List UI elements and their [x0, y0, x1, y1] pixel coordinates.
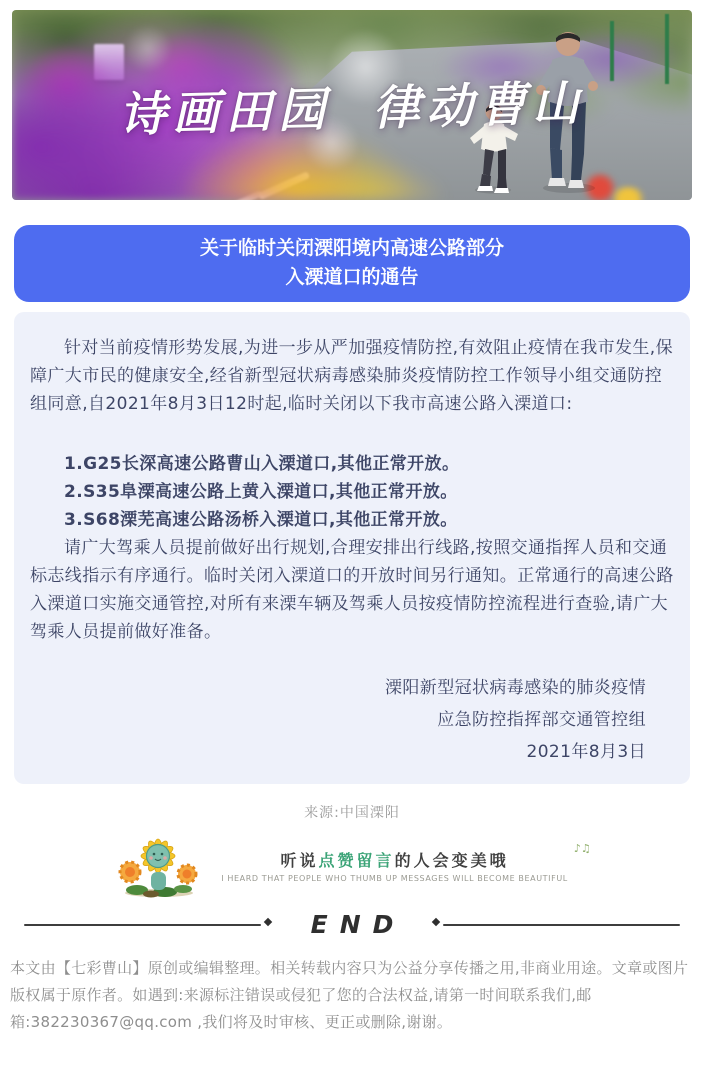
signature-line-1: 溧阳新型冠状病毒感染的肺炎疫情	[30, 672, 646, 704]
notice-paragraph-2: 请广大驾乘人员提前做好出行规划,合理安排出行线路,按照交通指挥人员和交通标志线指…	[30, 534, 674, 646]
closure-item-2: 2.S35阜溧高速公路上黄入溧道口,其他正常开放。	[30, 478, 674, 506]
notice-title-line2: 入溧道口的通告	[34, 263, 670, 292]
banner-title-left: 诗画田园	[118, 73, 332, 146]
source-line: 来源:中国溧阳	[0, 802, 704, 822]
music-notes-icon: ♪♫	[574, 842, 591, 855]
banner-image: 诗画田园 律动曹山	[12, 10, 692, 200]
notice-paragraph-1: 针对当前疫情形势发展,为进一步从严加强疫情防控,有效阻止疫情在我市发生,保障广大…	[30, 334, 674, 418]
notice-signature: 溧阳新型冠状病毒感染的肺炎疫情 应急防控指挥部交通管控组 2021年8月3日	[30, 672, 674, 768]
end-label: END	[299, 910, 406, 939]
banner-title-right: 律动曹山	[372, 66, 586, 139]
disclaimer-text: 本文由【七彩曹山】原创或编辑整理。相关转载内容只为公益分享传播之用,非商业用途。…	[10, 955, 694, 1036]
end-divider-line-right	[443, 924, 680, 926]
end-divider-ornament-left	[263, 917, 271, 925]
slogan-highlight: 点赞留言	[319, 851, 395, 870]
end-divider: END	[24, 910, 680, 939]
article-page: 诗画田园 律动曹山 关于临时关闭溧阳境内高速公路部分 入溧道口的通告 针对当前疫…	[0, 0, 704, 1050]
small-flower-left	[120, 862, 140, 882]
sunflower-head	[141, 839, 175, 873]
notice-title-line1: 关于临时关闭溧阳境内高速公路部分	[34, 234, 670, 263]
slogan-suffix: 的人会变美哦	[395, 851, 509, 870]
signature-line-2: 应急防控指挥部交通管控组	[30, 704, 646, 736]
closure-item-3: 3.S68溧芜高速公路汤桥入溧道口,其他正常开放。	[30, 506, 674, 534]
small-flower-right	[178, 865, 196, 883]
footer-graphic: 听说点赞留言的人会变美哦 I heard that people who thu…	[0, 832, 704, 898]
notice-body-card: 针对当前疫情形势发展,为进一步从严加强疫情防控,有效阻止疫情在我市发生,保障广大…	[14, 312, 690, 784]
signature-date: 2021年8月3日	[30, 736, 646, 768]
end-divider-line-left	[24, 924, 261, 926]
footer-slogan-en: I heard that people who thumb up message…	[221, 874, 568, 883]
slogan-prefix: 听说	[281, 851, 319, 870]
end-divider-ornament-right	[432, 917, 440, 925]
closure-item-1: 1.G25长深高速公路曹山入溧道口,其他正常开放。	[30, 450, 674, 478]
footer-slogan: 听说点赞留言的人会变美哦 I heard that people who thu…	[221, 848, 568, 883]
notice-title-card: 关于临时关闭溧阳境内高速公路部分 入溧道口的通告	[14, 225, 690, 302]
footer-slogan-zh: 听说点赞留言的人会变美哦	[221, 848, 568, 871]
sunflower-icon	[113, 832, 205, 898]
